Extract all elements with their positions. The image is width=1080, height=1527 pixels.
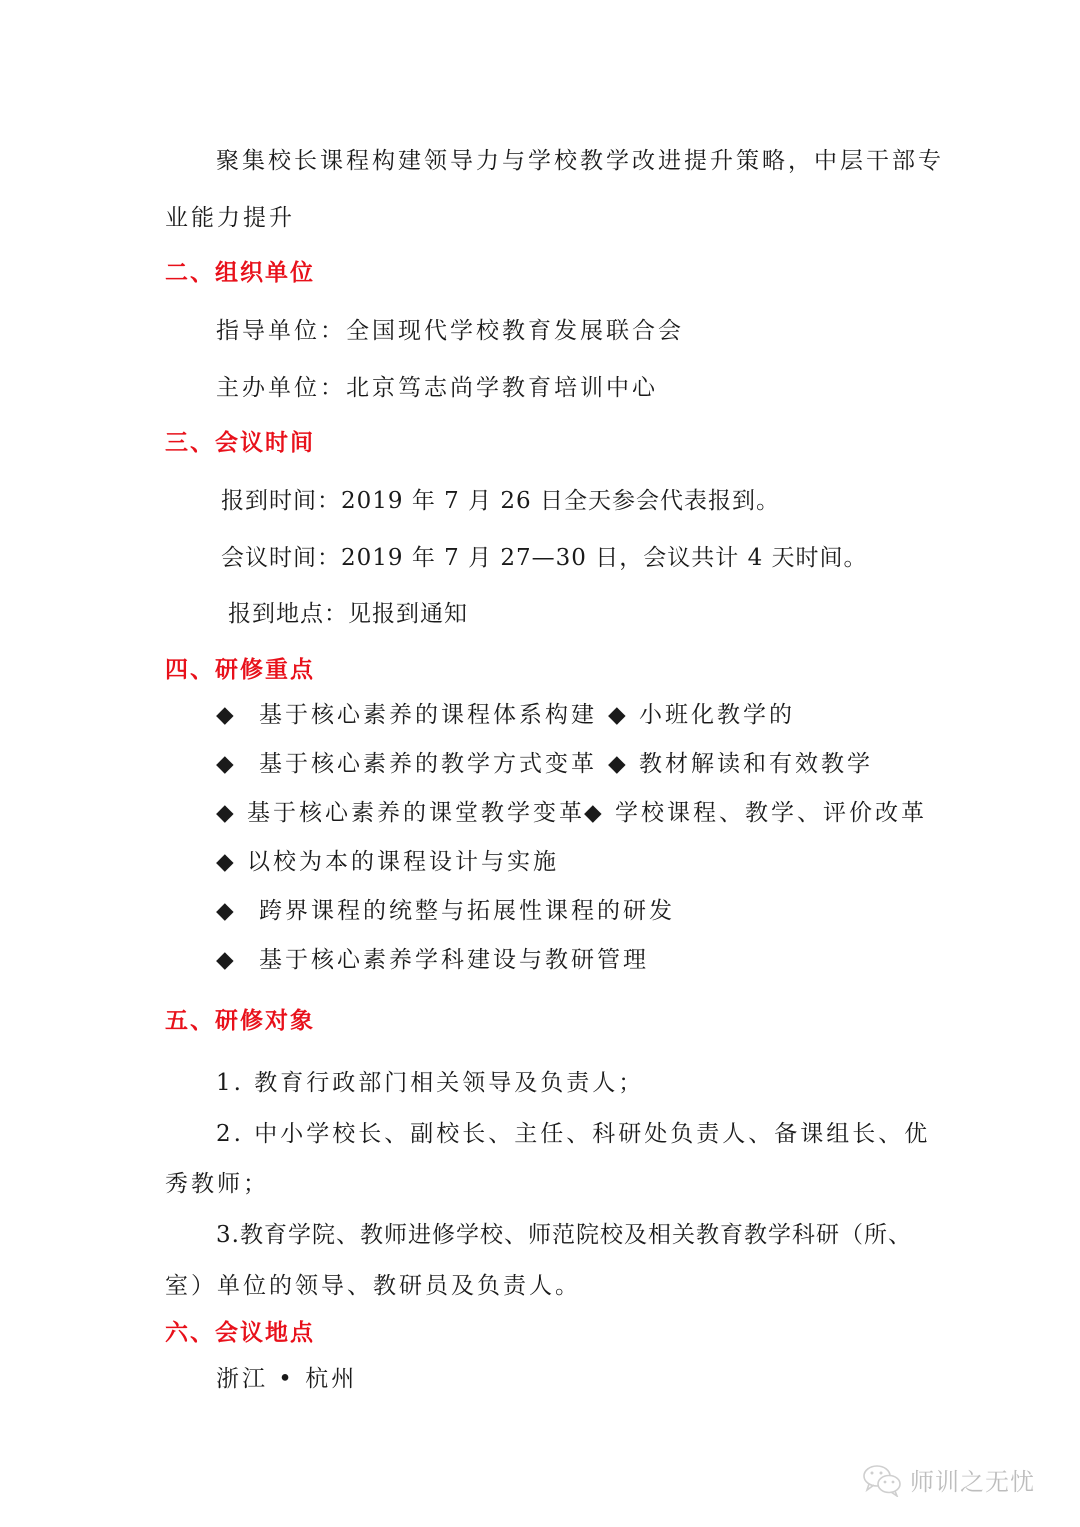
diamond-bullet-icon: ◆ <box>216 798 237 828</box>
focus-item: ◆ 跨界课程的统整与拓展性课程的研发 <box>216 896 675 926</box>
focus-item-label: 基于核心素养的课堂教学变革 <box>247 800 585 826</box>
diamond-bullet-icon: ◆ <box>216 749 237 779</box>
focus-row-2: ◆ 基于核心素养的教学方式变革 ◆ 教材解读和有效教学 <box>216 749 936 779</box>
focus-row-4: ◆ 以校为本的课程设计与实施 <box>216 847 936 877</box>
intro-line-1: 聚集校长课程构建领导力与学校教学改进提升策略，中层干部专 <box>216 146 944 176</box>
diamond-bullet-icon: ◆ <box>608 700 629 730</box>
wechat-icon <box>862 1463 902 1497</box>
focus-item-label: 学校课程、教学、评价改革 <box>615 800 927 826</box>
section-heading-participants: 五、研修对象 <box>165 1006 315 1036</box>
focus-row-5: ◆ 跨界课程的统整与拓展性课程的研发 <box>216 896 936 926</box>
focus-item: ◆ 小班化教学的 <box>608 700 795 730</box>
section-heading-venue: 六、会议地点 <box>165 1318 315 1348</box>
diamond-bullet-icon: ◆ <box>216 896 237 926</box>
watermark: 师训之无忧 <box>862 1462 1035 1497</box>
participant-item-2-line-2: 秀教师； <box>165 1169 269 1199</box>
participant-item-1: 1. 教育行政部门相关领导及负责人； <box>216 1068 644 1098</box>
focus-item-label: 基于核心素养的教学方式变革 <box>259 751 597 777</box>
focus-item: ◆ 基于核心素养学科建设与教研管理 <box>216 945 649 975</box>
participant-item-3-line-2: 室）单位的领导、教研员及负责人。 <box>165 1271 581 1301</box>
host-unit: 主办单位：北京笃志尚学教育培训中心 <box>216 373 658 403</box>
meeting-time: 会议时间：2019 年 7 月 27—30 日，会议共计 4 天时间。 <box>221 543 868 573</box>
diamond-bullet-icon: ◆ <box>608 749 629 779</box>
focus-item: ◆ 教材解读和有效教学 <box>608 749 873 779</box>
focus-item: ◆ 基于核心素养的课程体系构建 <box>216 700 597 730</box>
diamond-bullet-icon: ◆ <box>584 798 605 828</box>
focus-item-label: 基于核心素养的课程体系构建 <box>259 702 597 728</box>
guide-unit: 指导单位：全国现代学校教育发展联合会 <box>216 316 684 346</box>
diamond-bullet-icon: ◆ <box>216 700 237 730</box>
venue-location: 浙江 • 杭州 <box>216 1364 357 1394</box>
watermark-text: 师训之无忧 <box>910 1462 1035 1497</box>
participant-item-2-line-1: 2. 中小学校长、副校长、主任、科研处负责人、备课组长、优 <box>216 1119 930 1149</box>
focus-row-1: ◆ 基于核心素养的课程体系构建 ◆ 小班化教学的 <box>216 700 936 730</box>
diamond-bullet-icon: ◆ <box>216 945 237 975</box>
focus-row-3: ◆ 基于核心素养的课堂教学变革 ◆ 学校课程、教学、评价改革 <box>216 798 936 828</box>
section-heading-focus: 四、研修重点 <box>165 655 315 685</box>
intro-line-2: 业能力提升 <box>165 203 295 233</box>
registration-place: 报到地点：见报到通知 <box>228 599 468 629</box>
focus-item: ◆ 基于核心素养的课堂教学变革 <box>216 798 585 828</box>
focus-item: ◆ 以校为本的课程设计与实施 <box>216 847 559 877</box>
focus-item-label: 以校为本的课程设计与实施 <box>247 849 559 875</box>
diamond-bullet-icon: ◆ <box>216 847 237 877</box>
focus-item-label: 教材解读和有效教学 <box>639 751 873 777</box>
section-heading-organizers: 二、组织单位 <box>165 258 315 288</box>
focus-item: ◆ 基于核心素养的教学方式变革 <box>216 749 597 779</box>
focus-item-label: 跨界课程的统整与拓展性课程的研发 <box>259 898 675 924</box>
focus-item-label: 基于核心素养学科建设与教研管理 <box>259 947 649 973</box>
section-heading-meeting-time: 三、会议时间 <box>165 428 315 458</box>
focus-item: ◆ 学校课程、教学、评价改革 <box>584 798 927 828</box>
participant-item-3-line-1: 3.教育学院、教师进修学校、师范院校及相关教育教学科研（所、 <box>216 1220 912 1250</box>
registration-time: 报到时间：2019 年 7 月 26 日全天参会代表报到。 <box>221 486 780 516</box>
focus-row-6: ◆ 基于核心素养学科建设与教研管理 <box>216 945 936 975</box>
focus-item-label: 小班化教学的 <box>639 702 795 728</box>
